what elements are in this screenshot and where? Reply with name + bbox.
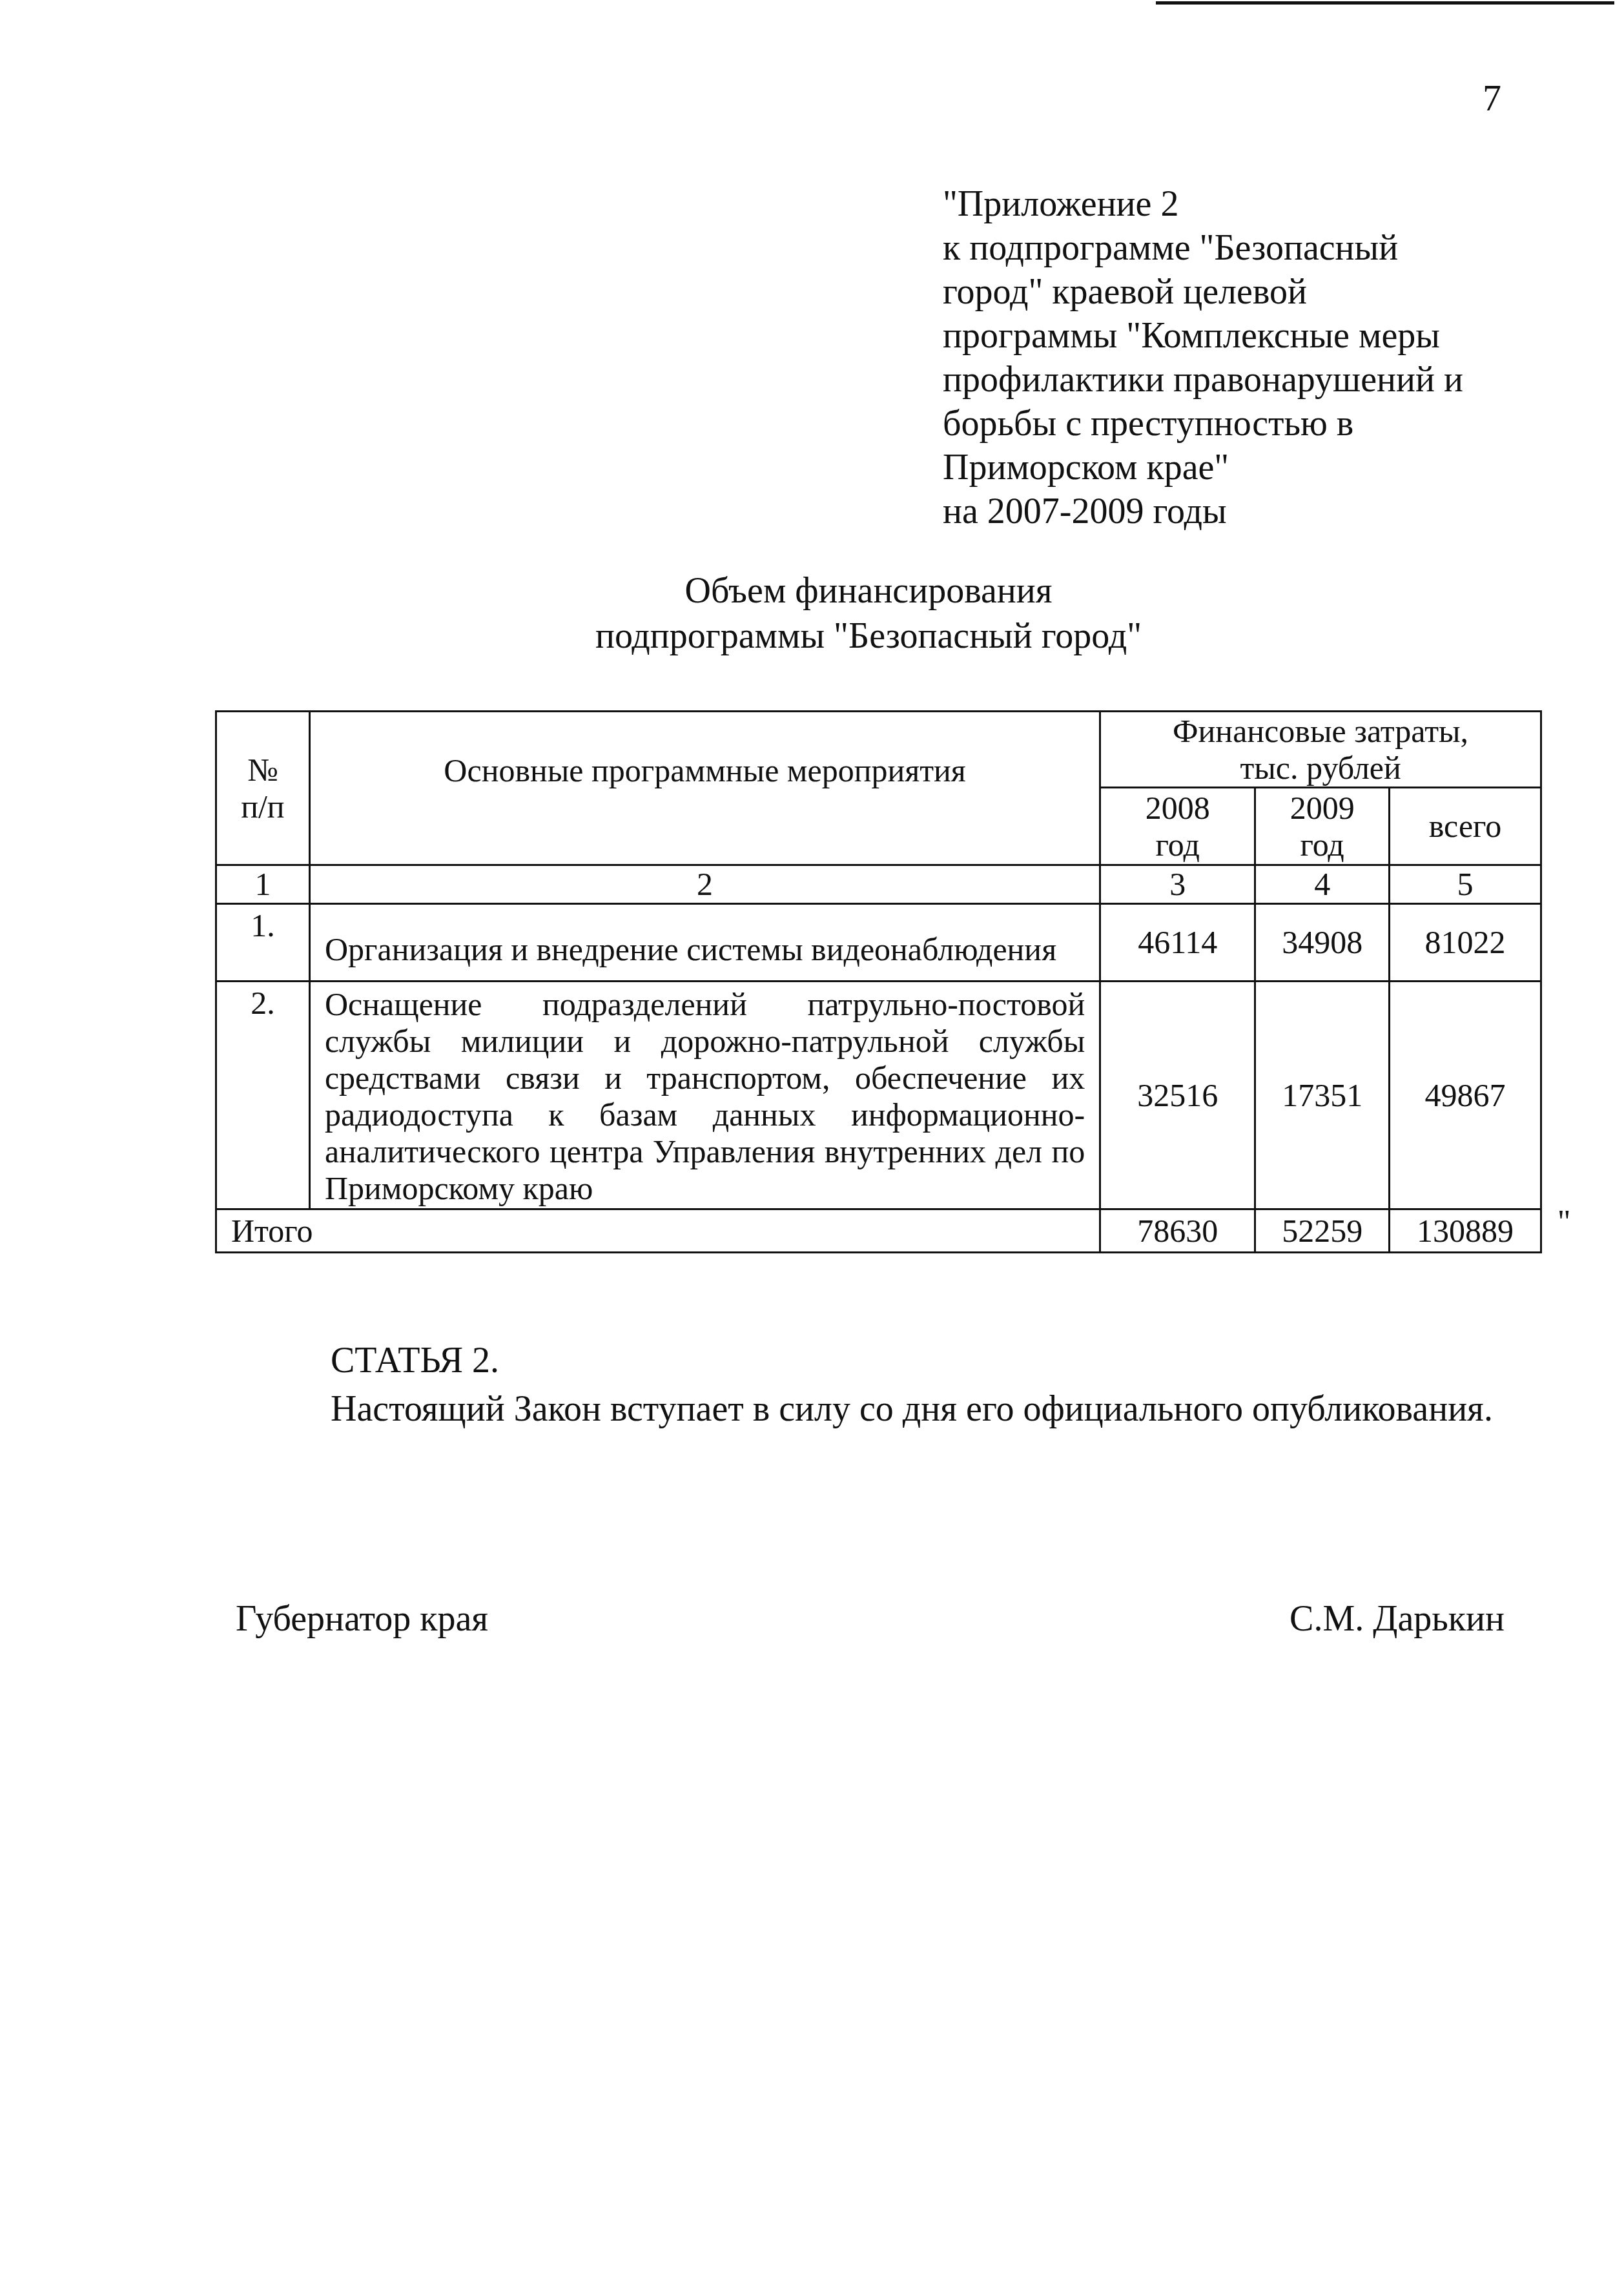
row-activity: Организация и внедрение системы видеонаб… (309, 904, 1100, 982)
totals-2009: 52259 (1255, 1209, 1390, 1253)
row-2008: 46114 (1100, 904, 1255, 982)
table-row: 2. Оснащение подразделений патрульно-пос… (216, 982, 1541, 1209)
header-2008: 2008 год (1100, 788, 1255, 865)
colnum-5: 5 (1390, 865, 1541, 904)
colnum-1: 1 (216, 865, 310, 904)
article-text: Настоящий Закон вступает в силу со дня е… (236, 1382, 1505, 1436)
appendix-line: борьбы с преступностью в (943, 402, 1463, 446)
totals-label: Итого (216, 1209, 1100, 1253)
row-total: 49867 (1390, 982, 1541, 1209)
scan-edge-rule (1156, 1, 1614, 5)
header-num: № п/п (216, 712, 310, 865)
appendix-line: профилактики правонарушений и (943, 358, 1463, 402)
totals-row: Итого 78630 52259 130889 (216, 1209, 1541, 1253)
signer-position: Губернатор края (236, 1598, 488, 1640)
appendix-line: программы "Комплексные меры (943, 314, 1463, 358)
signer-name: С.М. Дарькин (1277, 1598, 1505, 1640)
financing-table: № п/п Основные программные мероприятия Ф… (215, 710, 1542, 1253)
appendix-line: на 2007-2009 годы (943, 489, 1463, 533)
header-total: всего (1390, 788, 1541, 865)
row-num: 1. (216, 904, 310, 982)
colnum-3: 3 (1100, 865, 1255, 904)
title-line-2: подпрограммы "Безопасный город" (0, 613, 1624, 659)
totals-total: 130889 (1390, 1209, 1541, 1253)
table-row: 1. Организация и внедрение системы видео… (216, 904, 1541, 982)
appendix-heading: "Приложение 2 к подпрограмме "Безопасный… (943, 182, 1463, 533)
page-number: 7 (1483, 76, 1501, 119)
row-2009: 34908 (1255, 904, 1390, 982)
closing-quote: " (1557, 1202, 1570, 1240)
row-num: 2. (216, 982, 310, 1209)
row-total: 81022 (1390, 904, 1541, 982)
row-2009: 17351 (1255, 982, 1390, 1209)
appendix-line: Приморском крае" (943, 446, 1463, 489)
title-line-1: Объем финансирования (0, 568, 1624, 613)
row-activity: Оснащение подразделений патрульно-постов… (309, 982, 1100, 1209)
colnum-4: 4 (1255, 865, 1390, 904)
totals-2008: 78630 (1100, 1209, 1255, 1253)
article-title: СТАТЬЯ 2. (331, 1340, 499, 1381)
colnum-2: 2 (309, 865, 1100, 904)
appendix-line: "Приложение 2 (943, 182, 1463, 226)
header-activity: Основные программные мероприятия (309, 712, 1100, 865)
header-costs-group: Финансовые затраты, тыс. рублей (1100, 712, 1541, 788)
document-title: Объем финансирования подпрограммы "Безоп… (0, 568, 1624, 659)
header-2009: 2009 год (1255, 788, 1390, 865)
appendix-line: город" краевой целевой (943, 270, 1463, 314)
row-2008: 32516 (1100, 982, 1255, 1209)
appendix-line: к подпрограмме "Безопасный (943, 226, 1463, 270)
